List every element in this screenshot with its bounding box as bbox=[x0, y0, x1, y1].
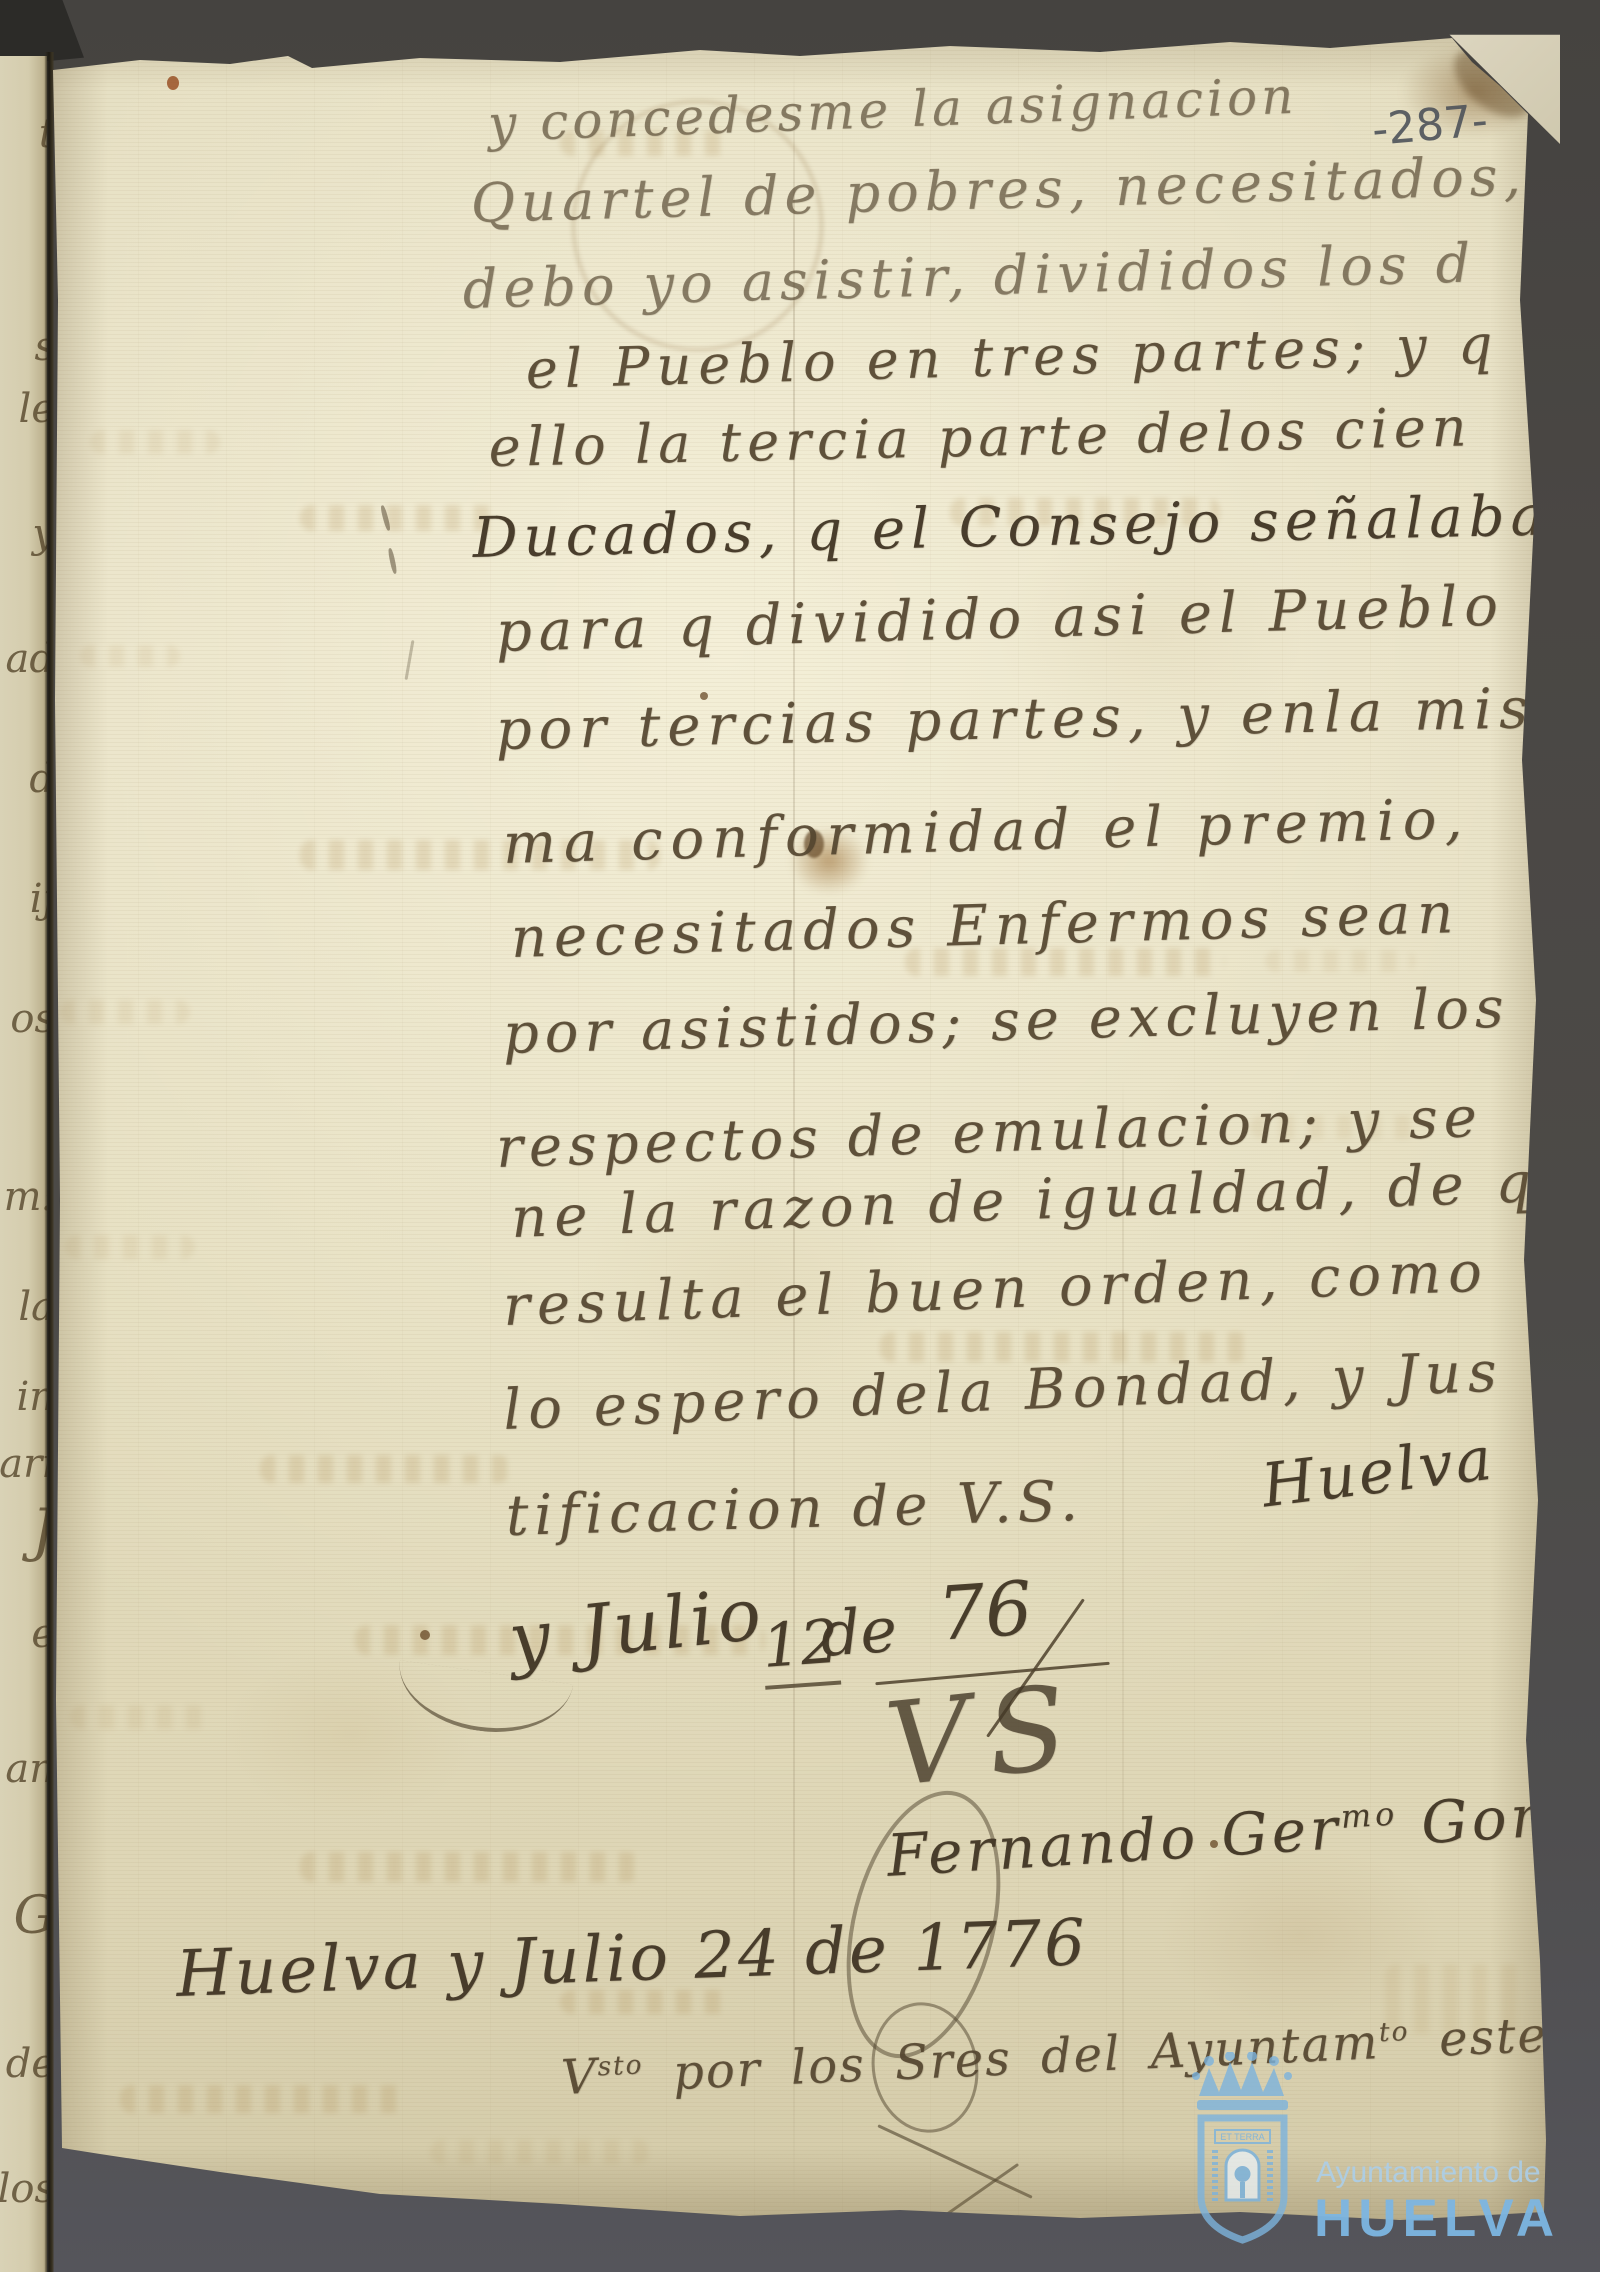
paper-edge-shading bbox=[50, 34, 1552, 2226]
left-page-fragment: la bbox=[18, 1284, 47, 1330]
binding-gutter bbox=[45, 52, 54, 2272]
left-page-fragment: m: bbox=[4, 1174, 47, 1220]
left-page-fragment: le bbox=[19, 386, 47, 432]
facing-page-edge: t s le y ad d ij os m: la in ari J e an … bbox=[0, 56, 47, 2272]
left-page-fragment: los bbox=[0, 2166, 47, 2212]
left-page-fragment: ari bbox=[0, 1441, 47, 1487]
left-page-fragment: G bbox=[13, 1886, 47, 1946]
left-page-fragment: an bbox=[5, 1746, 47, 1792]
manuscript-page: -287- y concedesme la asignacion Quartel… bbox=[50, 34, 1552, 2226]
left-page-fragment: ad bbox=[6, 636, 47, 682]
manuscript-scan: t s le y ad d ij os m: la in ari J e an … bbox=[0, 0, 1600, 2272]
left-page-fragment: os bbox=[10, 996, 47, 1042]
left-page-fragment: in bbox=[16, 1374, 47, 1420]
left-page-fragment: de bbox=[6, 2041, 47, 2087]
